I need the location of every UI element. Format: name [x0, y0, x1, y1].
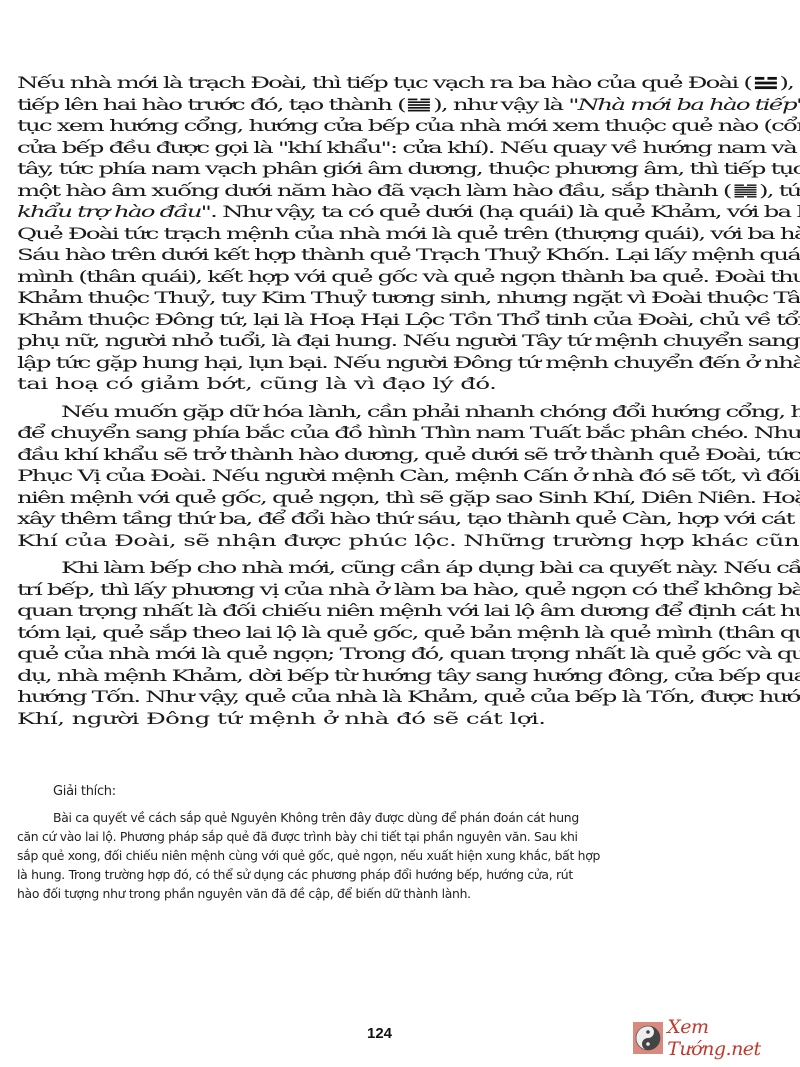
text-line: niên mệnh với quẻ gốc, quẻ ngọn, thì sẽ … — [17, 488, 684, 510]
text-line: xây thêm tầng thứ ba, để đổi hào thứ sáu… — [17, 509, 684, 531]
note-line: là hung. Trong trường hợp đó, có thể sử … — [17, 865, 777, 884]
hexagram-icon — [751, 74, 779, 92]
text-line: quan trọng nhất là đối chiếu niên mệnh v… — [17, 601, 684, 623]
page-number: 124 — [367, 1025, 392, 1042]
text-line: Nếu nhà mới là trạch Đoài, thì tiếp tục … — [17, 73, 684, 95]
text-line: khẩu trợ hào đầu". Như vậy, ta có quẻ dư… — [17, 202, 684, 224]
hexagram-icon — [731, 182, 759, 200]
text-line: để chuyển sang phía bắc của đồ hình Thìn… — [17, 423, 684, 445]
text-line: tây, tức phía nam vạch phân giới âm dươn… — [17, 159, 684, 181]
text-line: Khí, người Đông tứ mệnh ở nhà đó sẽ cát … — [17, 709, 684, 731]
hexagram-icon — [405, 96, 433, 114]
text-line: dụ, nhà mệnh Khảm, dời bếp từ hướng tây … — [17, 666, 684, 688]
text-line: tai hoạ có giảm bớt, cũng là vì đạo lý đ… — [17, 374, 684, 396]
text-line: Khảm thuộc Đông tứ, lại là Hoạ Hại Lộc T… — [17, 310, 684, 332]
text-line: một hào âm xuống dưới năm hào đã vạch là… — [17, 181, 684, 203]
document-page: Nếu nhà mới là trạch Đoài, thì tiếp tục … — [0, 0, 800, 1067]
text-line: mình (thân quái), kết hợp với quẻ gốc và… — [17, 267, 684, 289]
text-line: Phục Vị của Đoài. Nếu người mệnh Càn, mệ… — [17, 466, 684, 488]
text-line: cửa bếp đều được gọi là "khí khẩu": cửa … — [17, 138, 684, 160]
yin-yang-icon — [633, 1022, 663, 1054]
text-line: Khảm thuộc Thuỷ, tuy Kim Thuỷ tương sinh… — [17, 288, 684, 310]
note-line: sắp quẻ xong, đối chiếu niên mệnh cùng v… — [17, 846, 777, 865]
explanation-note: Giải thích: Bài ca quyết về cách sắp quẻ… — [17, 782, 777, 903]
text-line: Nếu muốn gặp dữ hóa lành, cần phải nhanh… — [17, 402, 684, 424]
text-line: Khi làm bếp cho nhà mới, cũng cần áp dụn… — [17, 558, 684, 580]
text-line: Quẻ Đoài tức trạch mệnh của nhà mới là q… — [17, 224, 684, 246]
main-body-text: Nếu nhà mới là trạch Đoài, thì tiếp tục … — [17, 73, 684, 730]
note-line: hào đối tượng như trong phần nguyên văn … — [17, 884, 777, 903]
text-line: lập tức gặp hung hại, lụn bại. Nếu người… — [17, 353, 684, 375]
text-line: tục xem hướng cổng, hướng cửa bếp của nh… — [17, 116, 684, 138]
note-title: Giải thích: — [53, 782, 777, 801]
text-line: quẻ của nhà mới là quẻ ngọn; Trong đó, q… — [17, 644, 684, 666]
text-line: phụ nữ, người nhỏ tuổi, là đại hung. Nếu… — [17, 331, 684, 353]
watermark-text: Xem Tướng.net — [667, 1016, 800, 1060]
emphasis-text: Nhà mới ba hào tiếp — [578, 96, 796, 114]
text-line: tóm lại, quẻ sắp theo lai lộ là quẻ gốc,… — [17, 623, 684, 645]
paragraph: Nếu nhà mới là trạch Đoài, thì tiếp tục … — [17, 73, 684, 396]
paragraph: Nếu muốn gặp dữ hóa lành, cần phải nhanh… — [17, 402, 684, 553]
text-line: trí bếp, thì lấy phương vị của nhà ở làm… — [17, 580, 684, 602]
note-body: Bài ca quyết về cách sắp quẻ Nguyên Khôn… — [17, 808, 777, 903]
text-line: Sáu hào trên dưới kết hợp thành quẻ Trạc… — [17, 245, 684, 267]
text-line: tiếp lên hai hào trước đó, tạo thành (),… — [17, 95, 684, 117]
text-line: Khí của Đoài, sẽ nhận được phúc lộc. Nhữ… — [17, 531, 684, 553]
site-watermark: Xem Tướng.net — [633, 1016, 800, 1060]
note-line: căn cứ vào lai lộ. Phương pháp sắp quẻ đ… — [17, 827, 777, 846]
note-line: Bài ca quyết về cách sắp quẻ Nguyên Khôn… — [17, 808, 777, 827]
text-line: hướng Tốn. Như vậy, quẻ của nhà là Khảm,… — [17, 687, 684, 709]
emphasis-text: khẩu trợ hào đầu — [17, 203, 201, 221]
text-line: đầu khí khẩu sẽ trở thành hào dương, quẻ… — [17, 445, 684, 467]
paragraph: Khi làm bếp cho nhà mới, cũng cần áp dụn… — [17, 558, 684, 730]
